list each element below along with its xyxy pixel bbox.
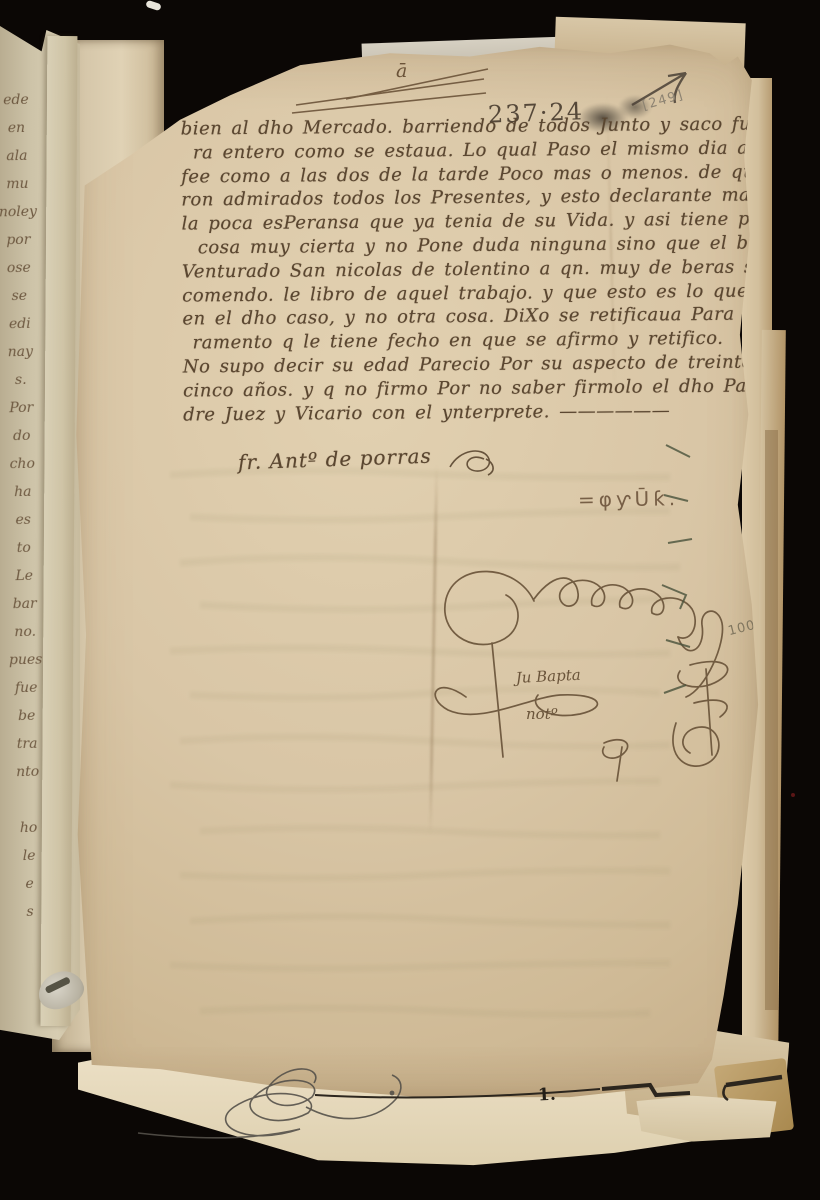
binding-stitch-marks: [656, 435, 704, 745]
left-page-text-fragment: to: [0, 534, 46, 563]
notary-title: notº: [526, 705, 558, 723]
manuscript-text-block: bien al dho Mercado. barriendo de todos …: [181, 112, 759, 426]
left-page-text-fragment: le: [6, 842, 52, 871]
notary-name: Ju Bapta: [512, 666, 581, 688]
left-page-text-fragment: en: [0, 114, 40, 143]
left-page-text-fragment: cho: [0, 450, 46, 479]
left-page-text-fragment: Le: [1, 562, 47, 591]
corner-ink-mark: 1.: [537, 1085, 556, 1106]
left-page-text-fragment: no.: [2, 618, 48, 647]
left-page-text-fragment: s.: [0, 366, 44, 395]
left-page-text-fragment: fue: [3, 674, 49, 703]
photo-backdrop: edeenalamunoleyporoseseedinays.Pordochoh…: [0, 0, 820, 1200]
left-page-text-fragment: edi: [0, 310, 43, 339]
left-page-text-fragment: [5, 786, 51, 815]
left-page-text-fragment: nto: [4, 758, 50, 787]
left-page-text-fragment: mu: [0, 170, 41, 199]
bottom-flourish-doodle: [130, 1055, 790, 1165]
left-page-text-fragment: se: [0, 282, 43, 311]
left-page-text-fragment: ho: [5, 814, 51, 843]
left-page-text-fragment: tra: [4, 730, 50, 759]
left-page-text-fragment: por: [0, 226, 42, 255]
invocation-mark: ā: [396, 60, 407, 82]
left-page-text-fragment: noley: [0, 198, 41, 227]
left-page-text-fragment: ose: [0, 254, 42, 283]
left-page-text-fragment: ha: [0, 478, 46, 507]
dust-speck: [145, 0, 161, 11]
page-edge-shadow: [765, 430, 778, 1010]
left-page-text-fragment: ala: [0, 142, 40, 171]
left-page-text-fragment: s: [7, 898, 53, 927]
left-page-text-fragment: es: [0, 506, 46, 535]
left-page-text-fragment: ede: [0, 86, 39, 115]
left-page-text-fragment: bar: [1, 590, 47, 619]
heading-flourish: ā: [288, 53, 498, 119]
left-page-text-fragment: pues: [2, 646, 48, 675]
red-fleck: [791, 793, 795, 797]
left-page-text-fragment: nay: [0, 338, 44, 367]
friar-signature-rubric: [442, 443, 502, 479]
left-page-text-fragment: be: [3, 702, 49, 731]
manuscript-line: cinco años. y q no firmo Por no saber fi…: [183, 374, 758, 403]
left-page-text-fragment: Por: [0, 394, 45, 423]
manuscript-line: dre Juez y Vicario con el ynterprete. ——…: [183, 398, 758, 427]
left-page-text-fragment: do: [0, 422, 45, 451]
left-page-text-fragment: e: [6, 870, 52, 899]
